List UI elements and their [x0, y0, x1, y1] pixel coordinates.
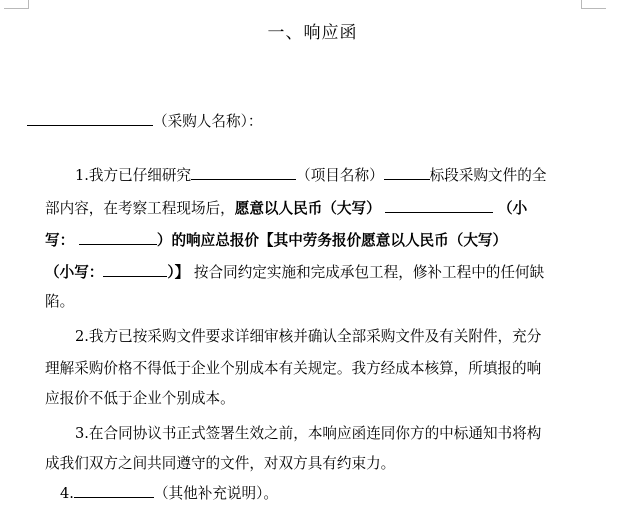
addressee-label: （采购人名称）：	[153, 113, 262, 130]
labor-price-lowercase-blank[interactable]	[103, 262, 167, 277]
document-title: 一、响应函	[0, 18, 625, 43]
clause1-line2: 部内容，在考察工程现场后，愿意以人民币（大写） （小	[45, 198, 527, 219]
total-price-lowercase-blank[interactable]	[79, 230, 157, 245]
clause1-bold-text: （小	[498, 200, 527, 217]
clause1-line5: 陷。	[45, 292, 74, 312]
clause1-text: （项目名称）	[296, 167, 384, 184]
page-corner-mark-left	[4, 0, 29, 9]
clause1-bold-text: 写：	[45, 232, 74, 249]
clause1-bold-text: （小写：	[45, 264, 103, 281]
clause1-bold-text: 愿意以人民币（大写）	[235, 200, 381, 217]
total-price-uppercase-blank[interactable]	[385, 198, 493, 213]
clause1-bold-text: ）】	[167, 264, 189, 281]
clause4-line: 4.（其他补充说明）。	[60, 483, 278, 504]
clause4-text: （其他补充说明）。	[154, 485, 278, 502]
clause1-line4: （小写：）】 按合同约定实施和完成承包工程，修补工程中的任何缺	[45, 262, 544, 283]
project-name-blank[interactable]	[191, 165, 296, 180]
clause2-line1: 2.我方已按采购文件要求详细审核并确认全部采购文件及有关附件，充分	[75, 327, 541, 347]
section-blank[interactable]	[384, 165, 430, 180]
page-corner-mark-right	[581, 0, 606, 9]
purchaser-name-blank[interactable]	[27, 111, 153, 126]
clause1-bold-text: ）的响应总报价【其中劳务报价愿意以人民币（大写）	[157, 232, 507, 249]
clause1-line3: 写： ）的响应总报价【其中劳务报价愿意以人民币（大写）	[45, 230, 507, 251]
clause2-line2: 理解采购价格不得低于企业个别成本有关规定。我方经成本核算，所填报的响	[45, 359, 541, 379]
clause1-text: 标段采购文件的全	[430, 167, 547, 184]
clause1-text: 部内容，在考察工程现场后，	[45, 200, 235, 217]
clause3-line1: 3.在合同协议书正式签署生效之前，本响应函连同你方的中标通知书将构	[75, 424, 541, 444]
clause4-number: 4.	[60, 485, 74, 502]
clause1-text: 1.我方已仔细研究	[75, 167, 191, 184]
clause3-line2: 成我们双方之间共同遵守的文件，对双方具有约束力。	[45, 454, 395, 474]
clause2-line3: 应报价不低于企业个别成本。	[45, 389, 235, 409]
clause1-line1: 1.我方已仔细研究（项目名称）标段采购文件的全	[75, 165, 546, 186]
clause1-text: 按合同约定实施和完成承包工程，修补工程中的任何缺	[194, 264, 544, 281]
other-notes-blank[interactable]	[74, 483, 154, 498]
addressee-line: （采购人名称）：	[27, 111, 262, 132]
